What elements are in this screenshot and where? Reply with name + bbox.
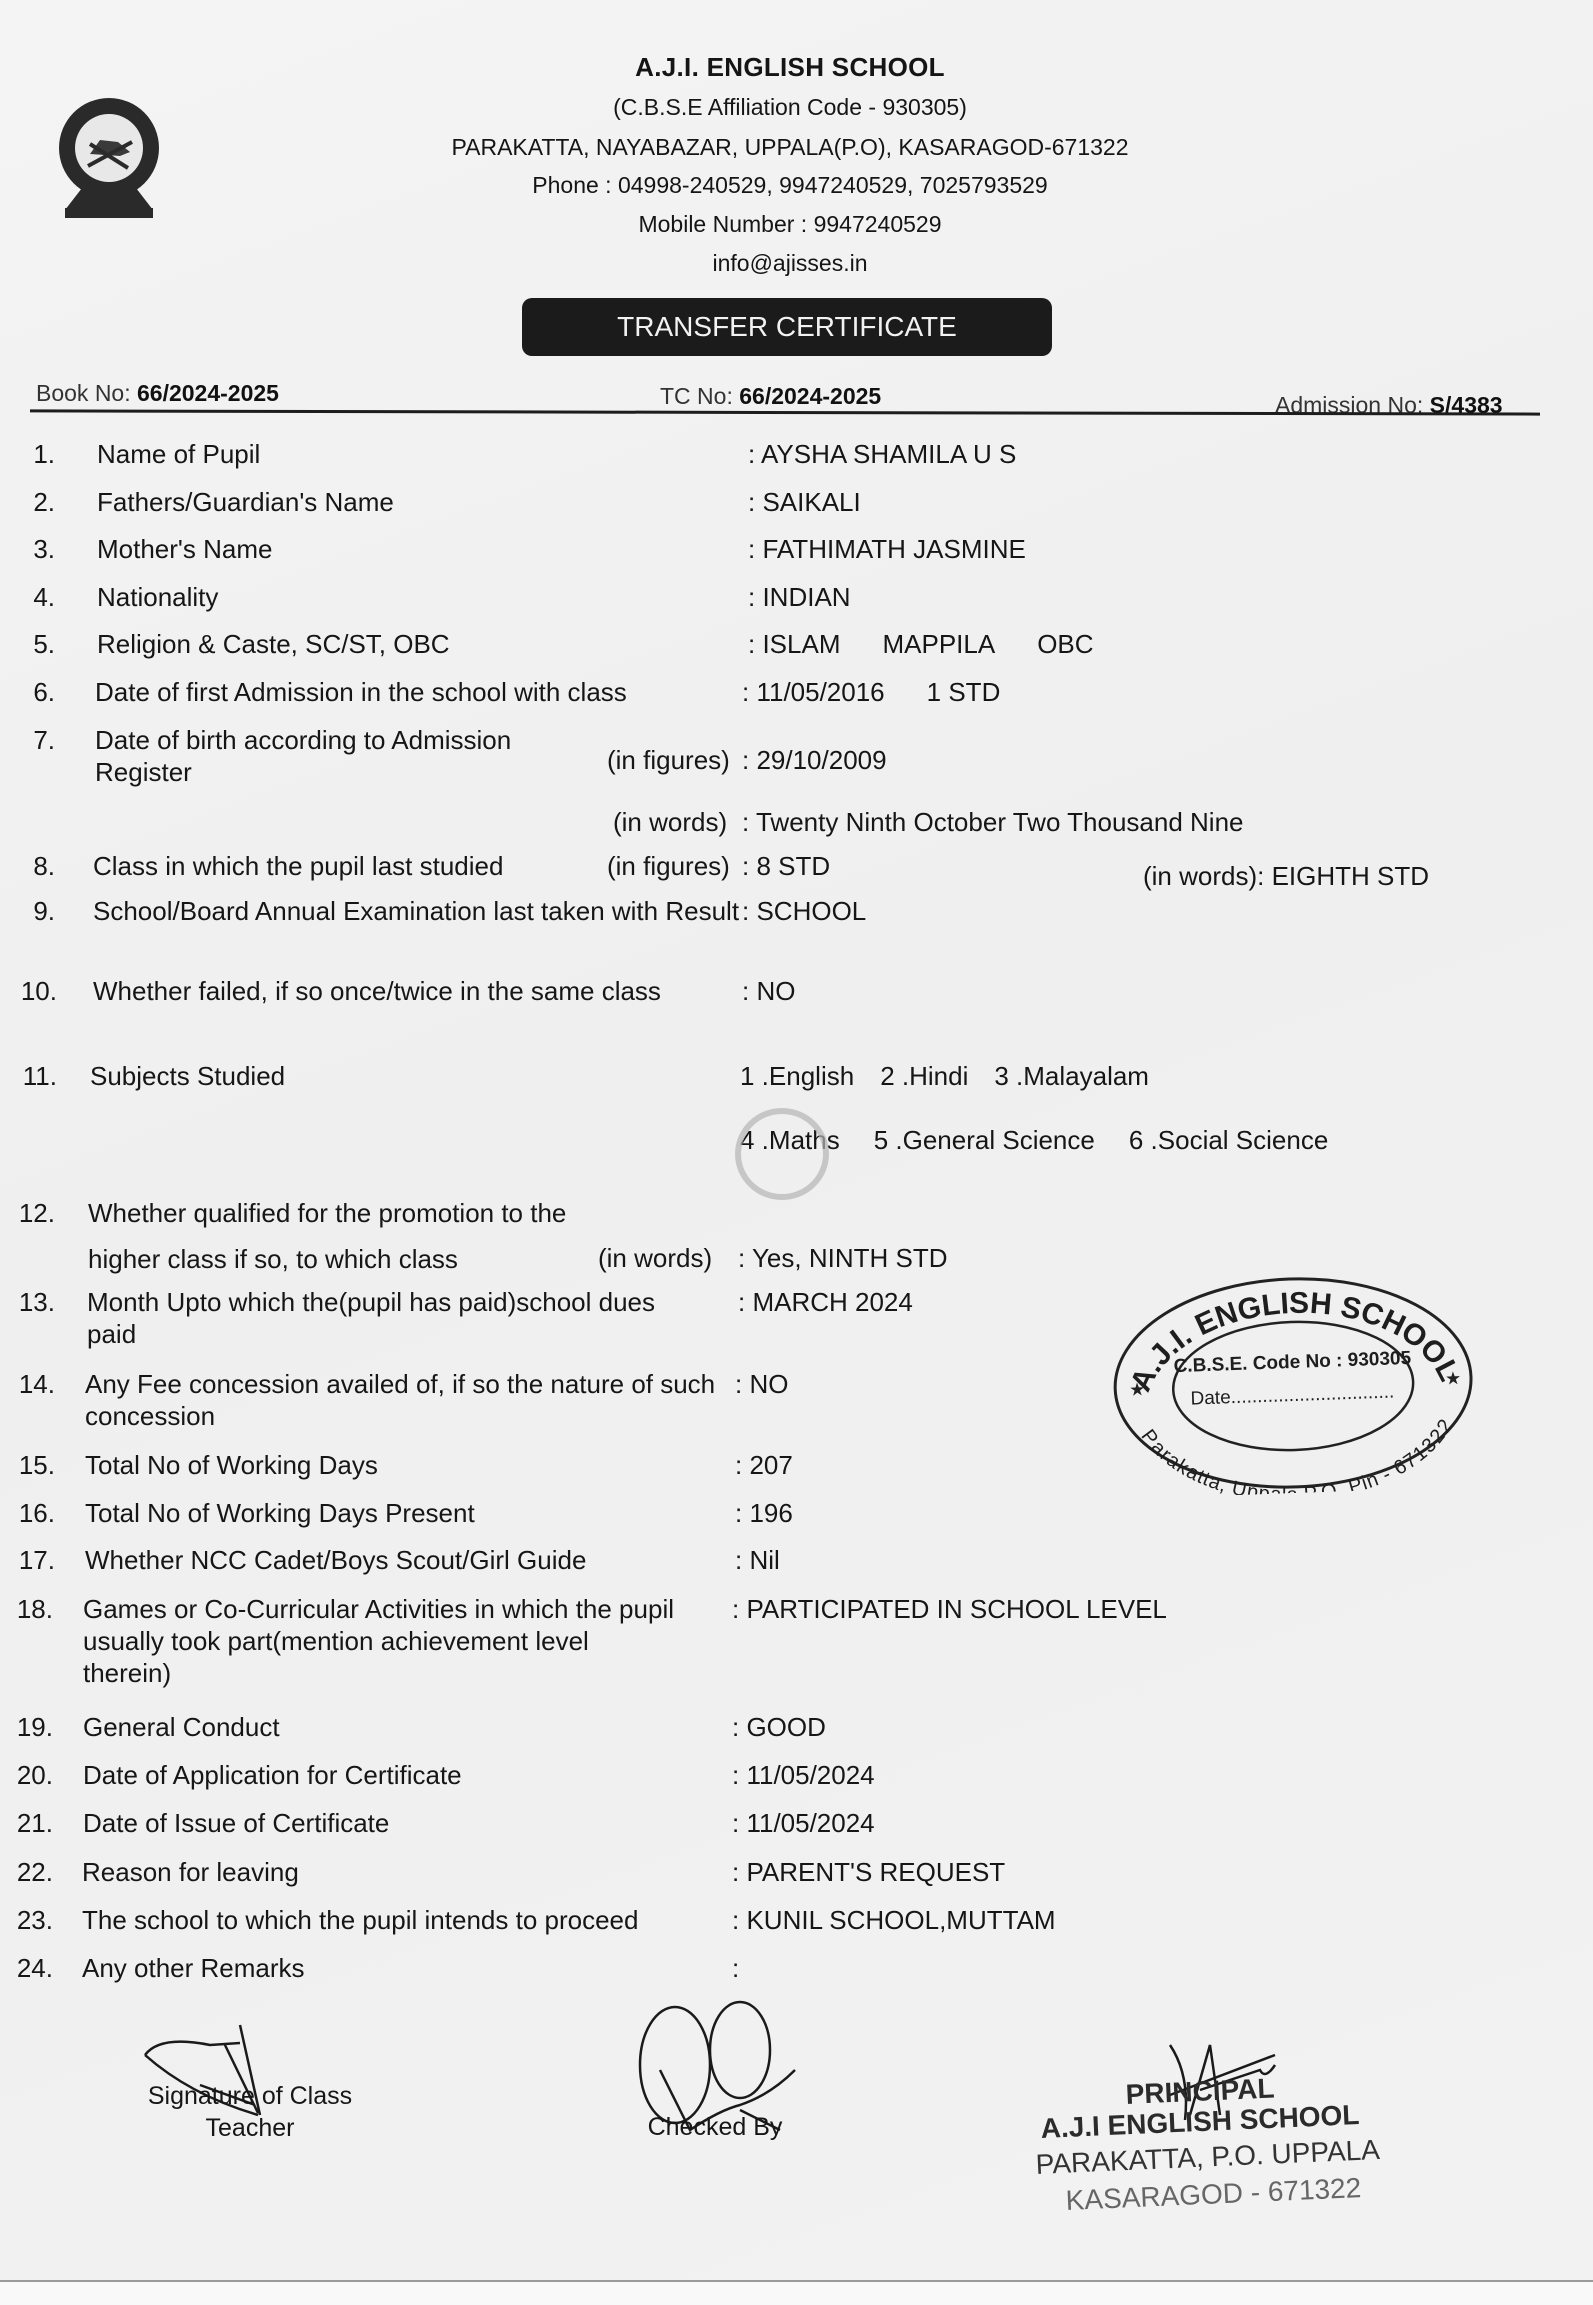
field-value: : MARCH 2024 bbox=[738, 1286, 913, 1318]
subject-item: 3 .Malayalam bbox=[994, 1061, 1149, 1091]
phone-numbers: Phone : 04998-240529, 9947240529, 702579… bbox=[380, 172, 1200, 199]
mobile-number: Mobile Number : 9947240529 bbox=[380, 211, 1200, 238]
field-value: : bbox=[732, 1952, 739, 1984]
field-label: Month Upto which the(pupil has paid)scho… bbox=[87, 1286, 697, 1350]
field-value: : 196 bbox=[735, 1497, 793, 1529]
svg-text:C.B.S.E. Code No : 930305: C.B.S.E. Code No : 930305 bbox=[1173, 1348, 1412, 1377]
field-number: 19. bbox=[0, 1711, 53, 1743]
school-address: PARAKATTA, NAYABAZAR, UPPALA(P.O), KASAR… bbox=[380, 134, 1200, 161]
field-value: : NO bbox=[735, 1368, 788, 1400]
field-value: : Nil bbox=[735, 1544, 780, 1576]
field-value: : ISLAMMAPPILAOBC bbox=[748, 628, 1094, 660]
field-number: 13. bbox=[0, 1286, 55, 1318]
field-label: Total No of Working Days Present bbox=[85, 1497, 705, 1529]
affiliation-code: (C.B.S.E Affiliation Code - 930305) bbox=[380, 94, 1200, 121]
subject-item: 2 .Hindi bbox=[880, 1061, 968, 1091]
field-number: 1. bbox=[0, 438, 55, 470]
class-teacher-label: Signature of Class Teacher bbox=[130, 2080, 370, 2144]
field-label: Religion & Caste, SC/ST, OBC bbox=[97, 628, 697, 660]
book-number: Book No: 66/2024-2025 bbox=[36, 380, 279, 407]
field-number: 24. bbox=[0, 1952, 53, 1984]
class-teacher-line2: Teacher bbox=[130, 2112, 370, 2144]
field-label: Date of Issue of Certificate bbox=[83, 1807, 703, 1839]
document-title: TRANSFER CERTIFICATE bbox=[522, 298, 1052, 356]
field-value: : 207 bbox=[735, 1449, 793, 1481]
field-label: Reason for leaving bbox=[82, 1856, 702, 1888]
school-emblem-icon bbox=[50, 92, 168, 220]
field-number: 9. bbox=[0, 895, 55, 927]
field-label: Fathers/Guardian's Name bbox=[97, 486, 697, 518]
faint-seal-mark bbox=[735, 1108, 829, 1200]
field-number: 8. bbox=[0, 850, 55, 882]
field-label: Any Fee concession availed of, if so the… bbox=[85, 1368, 725, 1432]
field-number: 23. bbox=[0, 1904, 53, 1936]
field-value: : FATHIMATH JASMINE bbox=[748, 533, 1026, 565]
field-value: : PARTICIPATED IN SCHOOL LEVEL bbox=[732, 1593, 1167, 1625]
field-number: 7. bbox=[0, 724, 55, 756]
field-number: 17. bbox=[0, 1544, 55, 1576]
field-number: 10. bbox=[0, 975, 57, 1007]
field-label: Whether NCC Cadet/Boys Scout/Girl Guide bbox=[85, 1544, 705, 1576]
field-value: : INDIAN bbox=[748, 581, 851, 613]
field-label: School/Board Annual Examination last tak… bbox=[93, 895, 743, 927]
field-label: Name of Pupil bbox=[97, 438, 697, 470]
school-seal-stamp: A.J.I. ENGLISH SCHOOL Parakatta, Uppala … bbox=[1101, 1262, 1484, 1500]
field-number: 15. bbox=[0, 1449, 55, 1481]
book-label: Book No: bbox=[36, 380, 137, 406]
field-label: Class in which the pupil last studied bbox=[93, 850, 583, 882]
subjects-line1: 1 .English2 .Hindi3 .Malayalam bbox=[740, 1060, 1149, 1092]
field-number: 3. bbox=[0, 533, 55, 565]
field-value: : 29/10/2009 bbox=[742, 744, 887, 776]
field-value-part: MAPPILA bbox=[882, 629, 995, 659]
field-number: 14. bbox=[0, 1368, 55, 1400]
field-value: : SCHOOL bbox=[742, 895, 866, 927]
svg-text:Parakatta, Uppala P.O, Pin - 6: Parakatta, Uppala P.O, Pin - 671322 bbox=[1136, 1415, 1460, 1500]
svg-text:★: ★ bbox=[1129, 1379, 1146, 1400]
field-label-line1: Whether qualified for the promotion to t… bbox=[88, 1198, 566, 1228]
in-figures-hint: (in figures) bbox=[607, 850, 730, 882]
field-value-part: : 11/05/2016 bbox=[742, 677, 885, 707]
field-value-words: : Twenty Ninth October Two Thousand Nine bbox=[742, 806, 1244, 838]
subject-item: 6 .Social Science bbox=[1129, 1125, 1328, 1155]
field-label: Any other Remarks bbox=[82, 1952, 702, 1984]
field-label: Total No of Working Days bbox=[85, 1449, 705, 1481]
field-value: : AYSHA SHAMILA U S bbox=[748, 438, 1016, 470]
subject-item: 1 .English bbox=[740, 1061, 854, 1091]
field-number: 2. bbox=[0, 486, 55, 518]
subject-item: 5 .General Science bbox=[874, 1125, 1095, 1155]
checked-by-label: Checked By bbox=[615, 2111, 815, 2143]
field-number: 16. bbox=[0, 1497, 55, 1529]
class-teacher-line1: Signature of Class bbox=[130, 2080, 370, 2112]
svg-text:★: ★ bbox=[1445, 1368, 1462, 1389]
field-label: Date of first Admission in the school wi… bbox=[95, 676, 715, 708]
field-label: Games or Co-Curricular Activities in whi… bbox=[83, 1593, 683, 1689]
field-label: Subjects Studied bbox=[90, 1060, 690, 1092]
book-value: 66/2024-2025 bbox=[137, 380, 279, 406]
field-value: : 11/05/2024 bbox=[732, 1759, 875, 1791]
field-label: General Conduct bbox=[83, 1711, 683, 1743]
field-value: : GOOD bbox=[732, 1711, 826, 1743]
field-number: 5. bbox=[0, 628, 55, 660]
field-value: : KUNIL SCHOOL,MUTTAM bbox=[732, 1904, 1056, 1936]
svg-text:Date..........................: Date............................... bbox=[1190, 1381, 1394, 1409]
tc-label: TC No: bbox=[660, 383, 739, 409]
field-value-part: : ISLAM bbox=[748, 629, 840, 659]
field-value: : NO bbox=[742, 975, 795, 1007]
field-number: 21. bbox=[0, 1807, 53, 1839]
field-number: 11. bbox=[0, 1060, 57, 1092]
scan-edge bbox=[0, 2280, 1593, 2305]
email: info@ajisses.in bbox=[380, 250, 1200, 277]
field-value-part: OBC bbox=[1037, 629, 1093, 659]
tc-number: TC No: 66/2024-2025 bbox=[660, 383, 881, 410]
tc-value: 66/2024-2025 bbox=[739, 383, 881, 409]
field-value: : 8 STD bbox=[742, 850, 830, 882]
field-label: The school to which the pupil intends to… bbox=[82, 1904, 742, 1936]
in-words-hint: (in words) bbox=[598, 1242, 712, 1274]
svg-text:A.J.I. ENGLISH SCHOOL: A.J.I. ENGLISH SCHOOL bbox=[1121, 1281, 1466, 1398]
field-label: Whether failed, if so once/twice in the … bbox=[93, 975, 693, 1007]
field-label: Nationality bbox=[97, 581, 697, 613]
field-number: 4. bbox=[0, 581, 55, 613]
field-value-part: 1 STD bbox=[927, 677, 1001, 707]
field-value: : 11/05/20161 STD bbox=[742, 676, 1000, 708]
field-value-words: (in words): EIGHTH STD bbox=[1143, 860, 1429, 892]
field-label: Mother's Name bbox=[97, 533, 697, 565]
field-label: Date of birth according to Admission Reg… bbox=[95, 724, 585, 788]
field-number: 18. bbox=[0, 1593, 53, 1625]
field-number: 20. bbox=[0, 1759, 53, 1791]
field-label-line2: higher class if so, to which class bbox=[88, 1244, 458, 1274]
school-name: A.J.I. ENGLISH SCHOOL bbox=[380, 52, 1200, 83]
in-words-hint: (in words) bbox=[613, 806, 727, 838]
field-value: : SAIKALI bbox=[748, 486, 861, 518]
field-number: 22. bbox=[0, 1856, 53, 1888]
field-number: 6. bbox=[0, 676, 55, 708]
field-label: Date of Application for Certificate bbox=[83, 1759, 703, 1791]
field-value: : 11/05/2024 bbox=[732, 1807, 875, 1839]
field-value: : PARENT'S REQUEST bbox=[732, 1856, 1005, 1888]
field-number: 12. bbox=[0, 1197, 55, 1229]
in-figures-hint: (in figures) bbox=[607, 744, 730, 776]
field-value: : Yes, NINTH STD bbox=[738, 1242, 948, 1274]
